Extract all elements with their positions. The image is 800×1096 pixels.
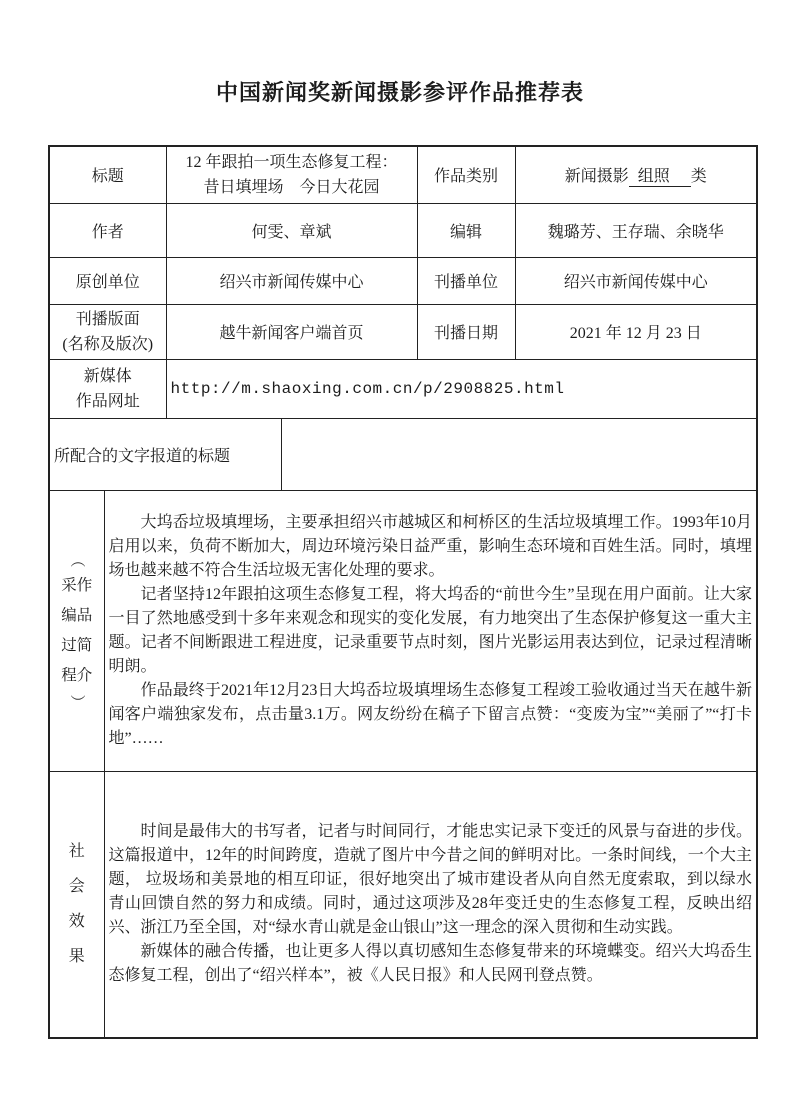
editor-label: 编辑: [417, 203, 515, 257]
row-author: 作者 何雯、章斌 编辑 魏璐芳、王存瑞、余晓华: [49, 203, 757, 257]
author-label: 作者: [49, 203, 166, 257]
process-paragraph-2: 记者坚持12年跟拍这项生态修复工程，将大坞岙的“前世今生”呈现在用户面前。让大家…: [109, 583, 753, 679]
author-value: 何雯、章斌: [166, 203, 417, 257]
media-url-value: http://m.shaoxing.com.cn/p/2908825.html: [166, 359, 757, 418]
process-intro-content: 大坞岙垃圾填埋场，主要承担绍兴市越城区和柯桥区的生活垃圾填埋工作。1993年10…: [104, 490, 757, 771]
coop-report-title-label: 所配合的文字报道的标题: [49, 418, 281, 490]
process-intro-label: （ 采作编品过简程介 ）: [49, 490, 104, 771]
publish-unit-value: 绍兴市新闻传媒中心: [515, 257, 757, 304]
publish-page-value: 越牛新闻客户端首页: [166, 304, 417, 359]
category-label: 作品类别: [417, 146, 515, 203]
title-value: 12 年跟拍一项生态修复工程： 昔日填埋场 今日大花园: [166, 146, 417, 203]
title-value-line2: 昔日填埋场 今日大花园: [171, 175, 413, 200]
publish-date-value: 2021 年 12 月 23 日: [515, 304, 757, 359]
category-underlined-value: 组照: [629, 163, 691, 187]
origin-unit-label: 原创单位: [49, 257, 166, 304]
paren-bottom: ）: [70, 694, 84, 709]
publish-page-label-line1: 刊播版面: [54, 307, 162, 332]
row-publish-page: 刊播版面 (名称及版次) 越牛新闻客户端首页 刊播日期 2021 年 12 月 …: [49, 304, 757, 359]
title-value-line1: 12 年跟拍一项生态修复工程：: [171, 150, 413, 175]
editor-value: 魏璐芳、王存瑞、余晓华: [515, 203, 757, 257]
process-paragraph-1: 大坞岙垃圾填埋场，主要承担绍兴市越城区和柯桥区的生活垃圾填埋工作。1993年10…: [109, 511, 753, 583]
document-page: 中国新闻奖新闻摄影参评作品推荐表 标题 12 年跟拍一项生态修复工程： 昔日填埋…: [0, 0, 800, 1096]
category-suffix: 类: [691, 168, 707, 185]
media-url-label-line2: 作品网址: [54, 389, 162, 414]
media-url-label-line1: 新媒体: [54, 364, 162, 389]
category-value: 新闻摄影组照类: [515, 146, 757, 203]
row-title: 标题 12 年跟拍一项生态修复工程： 昔日填埋场 今日大花园 作品类别 新闻摄影…: [49, 146, 757, 203]
social-effect-content: 时间是最伟大的书写者，记者与时间同行，才能忠实记录下变迁的风景与奋进的步伐。这篇…: [104, 771, 757, 1038]
row-process-intro: （ 采作编品过简程介 ） 大坞岙垃圾填埋场，主要承担绍兴市越城区和柯桥区的生活垃…: [49, 490, 757, 771]
effect-paragraph-1: 时间是最伟大的书写者，记者与时间同行，才能忠实记录下变迁的风景与奋进的步伐。这篇…: [109, 820, 753, 940]
process-paragraph-3: 作品最终于2021年12月23日大坞岙垃圾填埋场生态修复工程竣工验收通过当天在越…: [109, 679, 753, 751]
publish-page-label: 刊播版面 (名称及版次): [49, 304, 166, 359]
social-effect-label: 社会效果: [49, 771, 104, 1038]
publish-unit-label: 刊播单位: [417, 257, 515, 304]
row-social-effect: 社会效果 时间是最伟大的书写者，记者与时间同行，才能忠实记录下变迁的风景与奋进的…: [49, 771, 757, 1038]
origin-unit-value: 绍兴市新闻传媒中心: [166, 257, 417, 304]
social-effect-vertical-label: 社会效果: [67, 834, 87, 974]
recommendation-form-table: 标题 12 年跟拍一项生态修复工程： 昔日填埋场 今日大花园 作品类别 新闻摄影…: [48, 145, 758, 1039]
page-title: 中国新闻奖新闻摄影参评作品推荐表: [0, 0, 800, 107]
media-url-label: 新媒体 作品网址: [49, 359, 166, 418]
paren-top: （: [70, 552, 84, 567]
coop-report-title-value: [281, 418, 757, 490]
title-label: 标题: [49, 146, 166, 203]
row-coop-report-title: 所配合的文字报道的标题: [49, 418, 757, 490]
category-prefix: 新闻摄影: [565, 168, 629, 185]
publish-date-label: 刊播日期: [417, 304, 515, 359]
publish-page-label-line2: (名称及版次): [54, 332, 162, 357]
process-intro-vertical-label: 采作编品过简程介: [59, 571, 95, 691]
row-origin-unit: 原创单位 绍兴市新闻传媒中心 刊播单位 绍兴市新闻传媒中心: [49, 257, 757, 304]
row-media-url: 新媒体 作品网址 http://m.shaoxing.com.cn/p/2908…: [49, 359, 757, 418]
effect-paragraph-2: 新媒体的融合传播，也让更多人得以真切感知生态修复带来的环境蝶变。绍兴大坞岙生态修…: [109, 940, 753, 988]
